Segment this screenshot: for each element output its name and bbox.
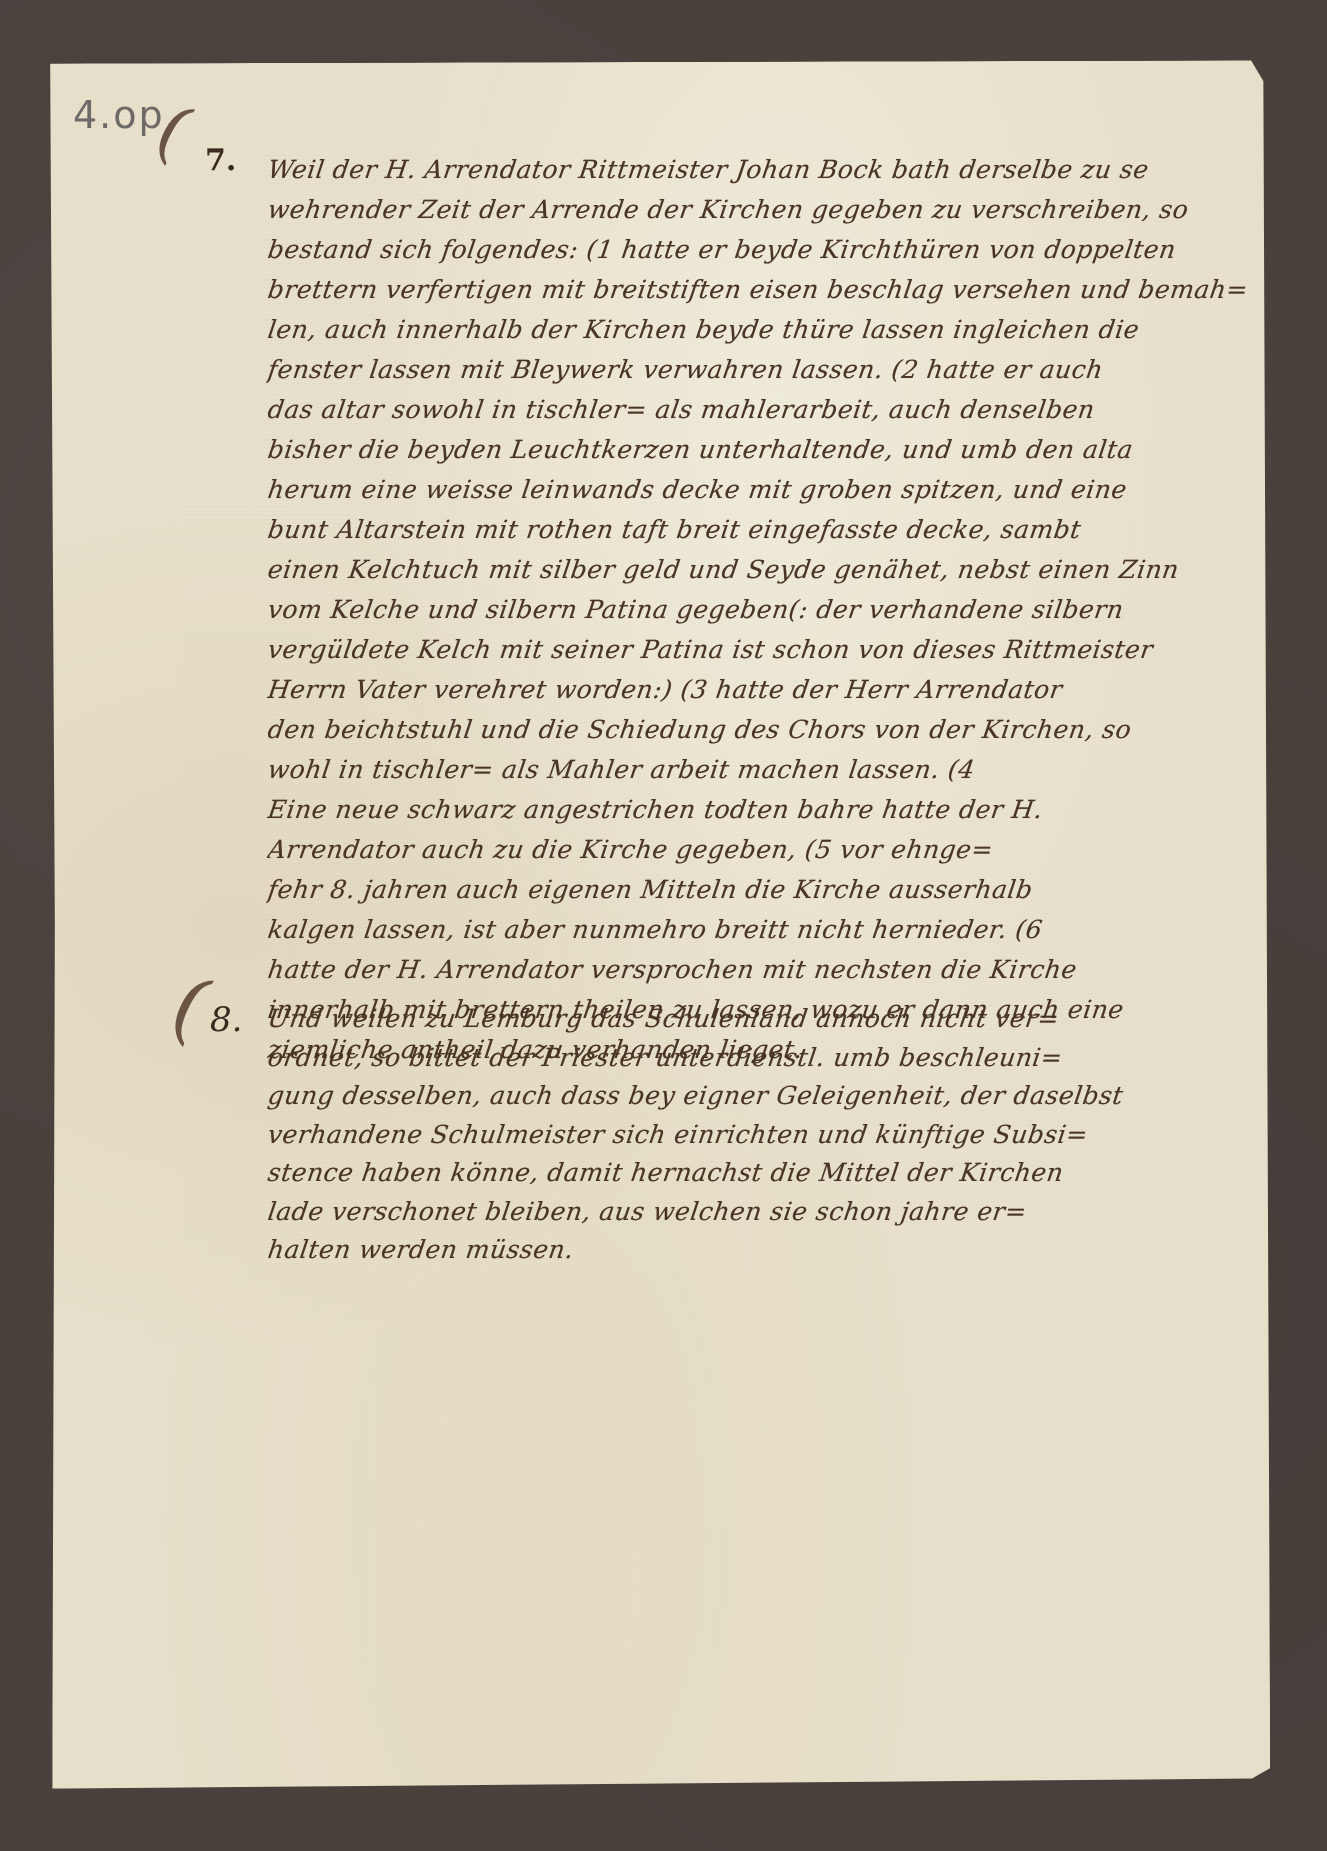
text-line: bisher die beyden Leuchtkerzen unterhalt… <box>265 430 1271 470</box>
text-line: Herrn Vater verehret worden:) (3 hatte d… <box>265 670 1271 710</box>
text-line: kalgen lassen, ist aber nunmehro breitt … <box>265 910 1271 950</box>
text-line: Und weilen zu Lemburg das Schulenland an… <box>265 1000 1270 1039</box>
text-line: fehr 8. jahren auch eigenen Mitteln die … <box>265 870 1271 910</box>
text-line: vergüldete Kelch mit seiner Patina ist s… <box>265 630 1271 670</box>
text-line: verhandene Schulmeister sich einrichten … <box>265 1116 1270 1155</box>
text-line: halten werden müssen. <box>265 1231 1270 1270</box>
text-line: ordnet, so bittet der Priester unterdien… <box>265 1039 1270 1078</box>
text-line: stence haben könne, damit hernachst die … <box>265 1154 1270 1193</box>
text-line: vom Kelche und silbern Patina gegeben(: … <box>265 590 1271 630</box>
text-line: den beichtstuhl und die Schiedung des Ch… <box>265 710 1271 750</box>
text-line: gung desselben, auch dass bey eigner Gel… <box>265 1077 1270 1116</box>
text-line: bunt Altarstein mit rothen taft breit ei… <box>265 510 1271 550</box>
text-line: brettern verfertigen mit breitstiften ei… <box>265 270 1271 310</box>
paragraph-item-7: Weil der H. Arrendator Rittmeister Johan… <box>268 150 1268 1070</box>
text-line: fenster lassen mit Bleywerk verwahren la… <box>265 350 1271 390</box>
text-line: lade verschonet bleiben, aus welchen sie… <box>265 1193 1270 1232</box>
text-line: einen Kelchtuch mit silber geld und Seyd… <box>265 550 1271 590</box>
text-line: wohl in tischler= als Mahler arbeit mach… <box>265 750 1271 790</box>
text-line: hatte der H. Arrendator versprochen mit … <box>265 950 1271 990</box>
text-line: bestand sich folgendes: (1 hatte er beyd… <box>265 230 1271 270</box>
text-line: das altar sowohl in tischler= als mahler… <box>265 390 1271 430</box>
item-number-7: 7. <box>205 143 236 178</box>
text-line: Arrendator auch zu die Kirche gegeben, (… <box>265 830 1271 870</box>
text-line: herum eine weisse leinwands decke mit gr… <box>265 470 1271 510</box>
item-number-8: 8. <box>210 1000 242 1040</box>
text-line: len, auch innerhalb der Kirchen beyde th… <box>265 310 1271 350</box>
text-line: wehrender Zeit der Arrende der Kirchen g… <box>265 190 1271 230</box>
text-line: Weil der H. Arrendator Rittmeister Johan… <box>265 150 1271 190</box>
paragraph-item-8: Und weilen zu Lemburg das Schulenland an… <box>268 1000 1268 1270</box>
text-line: Eine neue schwarz angestrichen todten ba… <box>265 790 1271 830</box>
